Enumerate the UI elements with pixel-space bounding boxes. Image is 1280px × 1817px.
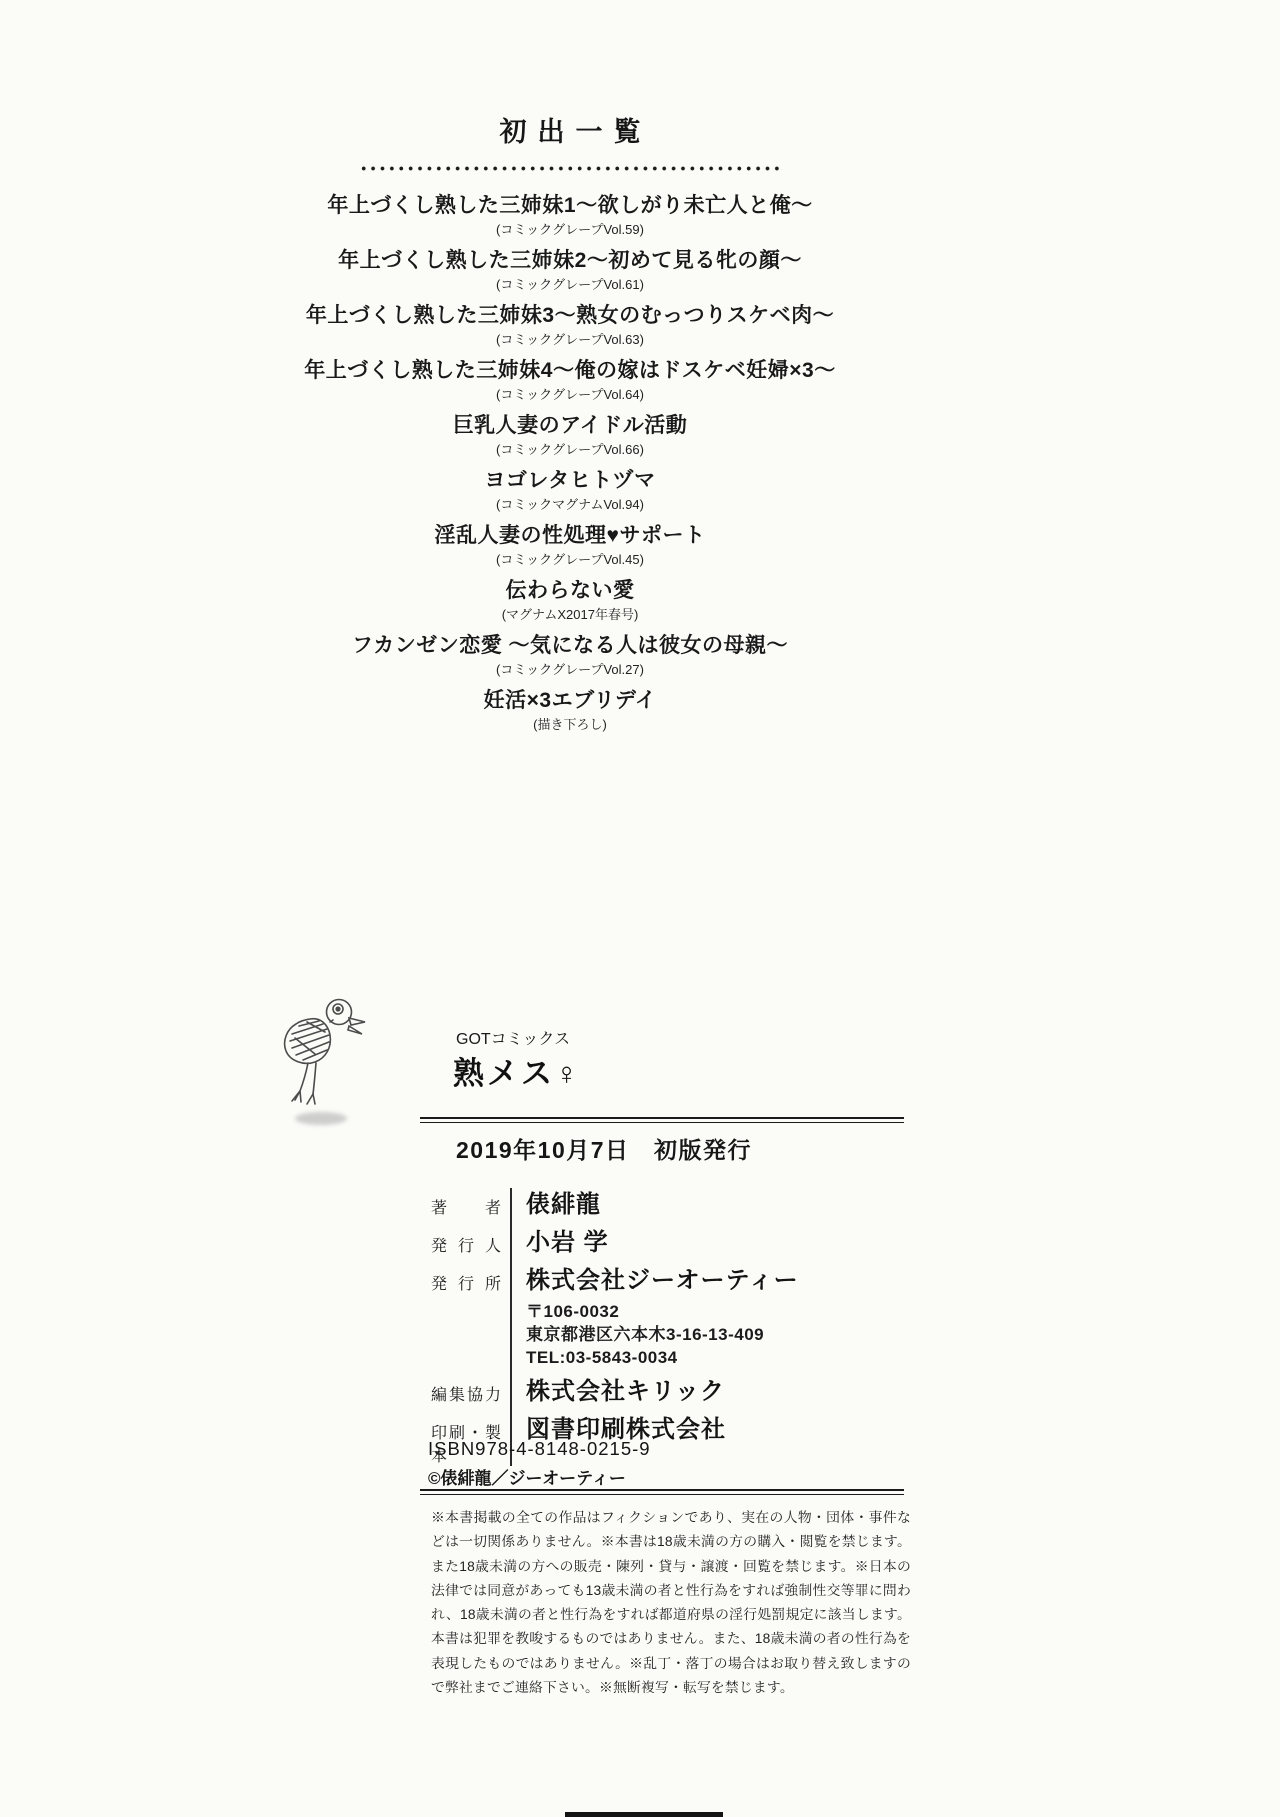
colophon-row: 編集協力 株式会社キリック (431, 1375, 901, 1413)
section-title: 初出一覧 (240, 110, 900, 149)
entry-title: 年上づくし熟した三姉妹2～初めて見る牝の顔～ (240, 250, 900, 271)
publication-entry: フカンゼン恋愛 ～気になる人は彼女の母親～ (コミックグレープVol.27) (240, 635, 900, 676)
row-label: 著者 (431, 1195, 501, 1218)
entry-source: (コミックグレープVol.59) (240, 223, 900, 236)
isbn: ISBN978-4-8148-0215-9 (428, 1438, 651, 1460)
disclaimer-text: ※本書掲載の全ての作品はフィクションであり、実在の人物・団体・事件などは一切関係… (431, 1506, 911, 1700)
colophon-row: 著者 俵緋龍 (431, 1188, 901, 1226)
postal-code: 〒106-0032 (526, 1300, 799, 1323)
dotted-divider (359, 166, 781, 171)
title-rule (420, 1117, 904, 1123)
bottom-scan-bar (565, 1812, 723, 1817)
row-label: 発行所 (431, 1271, 501, 1294)
publication-entry: 年上づくし熟した三姉妹3～熟女のむっつりスケベ肉～ (コミックグレープVol.6… (240, 305, 900, 346)
entry-title: 年上づくし熟した三姉妹4～俺の嫁はドスケベ妊婦×3～ (240, 360, 900, 381)
entry-title: ヨゴレタヒトヅマ (240, 470, 900, 491)
publication-entry: 巨乳人妻のアイドル活動 (コミックグレープVol.66) (240, 415, 900, 456)
entry-title: 巨乳人妻のアイドル活動 (240, 415, 900, 436)
entry-source: (コミックマグナムVol.94) (240, 498, 900, 511)
row-value: 株式会社ジーオーティー (526, 1267, 799, 1294)
scan-smudge (295, 1112, 347, 1125)
publication-entry: 淫乱人妻の性処理♥サポート (コミックグレープVol.45) (240, 525, 900, 566)
publication-entry: 年上づくし熟した三姉妹2～初めて見る牝の顔～ (コミックグレープVol.61) (240, 250, 900, 291)
publication-list: 年上づくし熟した三姉妹1～欲しがり未亡人と俺～ (コミックグレープVol.59)… (240, 195, 900, 731)
publication-entry: 年上づくし熟した三姉妹1～欲しがり未亡人と俺～ (コミックグレープVol.59) (240, 195, 900, 236)
colophon-row: 発行人 小岩 学 (431, 1226, 901, 1264)
entry-source: (コミックグレープVol.27) (240, 663, 900, 676)
publication-entry: 伝わらない愛 (マグナムX2017年春号) (240, 580, 900, 621)
entry-title: フカンゼン恋愛 ～気になる人は彼女の母親～ (240, 635, 900, 656)
entry-source: (マグナムX2017年春号) (240, 608, 900, 621)
imprint-label: GOTコミックス (456, 1026, 570, 1049)
entry-title: 伝わらない愛 (240, 580, 900, 601)
row-value: 俵緋龍 (510, 1188, 601, 1226)
colophon-table: 著者 俵緋龍 発行人 小岩 学 発行所 株式会社ジーオーティー 〒106-003… (431, 1188, 901, 1466)
entry-source: (コミックグレープVol.63) (240, 333, 900, 346)
phone-line: TEL:03-5843-0034 (526, 1346, 799, 1369)
entry-source: (コミックグレープVol.45) (240, 553, 900, 566)
first-publication-section: 初出一覧 年上づくし熟した三姉妹1～欲しがり未亡人と俺～ (コミックグレープVo… (240, 110, 900, 731)
row-value: 株式会社キリック (510, 1375, 725, 1413)
book-title: 熟メス♀ (453, 1048, 581, 1093)
entry-source: (コミックグレープVol.64) (240, 388, 900, 401)
publication-entry: 年上づくし熟した三姉妹4～俺の嫁はドスケベ妊婦×3～ (コミックグレープVol.… (240, 360, 900, 401)
row-label: 発行人 (431, 1233, 501, 1256)
address-line: 東京都港区六本木3-16-13-409 (526, 1323, 799, 1346)
entry-source: (コミックグレープVol.61) (240, 278, 900, 291)
publication-entry: ヨゴレタヒトヅマ (コミックマグナムVol.94) (240, 470, 900, 511)
entry-title: 年上づくし熟した三姉妹3～熟女のむっつりスケベ肉～ (240, 305, 900, 326)
entry-source: (コミックグレープVol.66) (240, 443, 900, 456)
row-value: 小岩 学 (510, 1226, 609, 1264)
publication-entry: 妊活×3エブリデイ (描き下ろし) (240, 690, 900, 731)
entry-source: (描き下ろし) (240, 718, 900, 731)
copyright: ©俵緋龍／ジーオーティー (428, 1464, 626, 1489)
disclaimer-rule (420, 1489, 904, 1495)
bird-doodle-icon (281, 994, 369, 1108)
colophon-row: 発行所 株式会社ジーオーティー 〒106-0032 東京都港区六本木3-16-1… (431, 1264, 901, 1375)
edition-line: 2019年10月7日 初版発行 (456, 1132, 752, 1165)
entry-title: 妊活×3エブリデイ (240, 690, 900, 711)
entry-title: 年上づくし熟した三姉妹1～欲しがり未亡人と俺～ (240, 195, 900, 216)
publisher-address: 〒106-0032 東京都港区六本木3-16-13-409 TEL:03-584… (526, 1300, 799, 1369)
entry-title: 淫乱人妻の性処理♥サポート (240, 525, 900, 546)
row-label: 編集協力 (431, 1382, 501, 1405)
